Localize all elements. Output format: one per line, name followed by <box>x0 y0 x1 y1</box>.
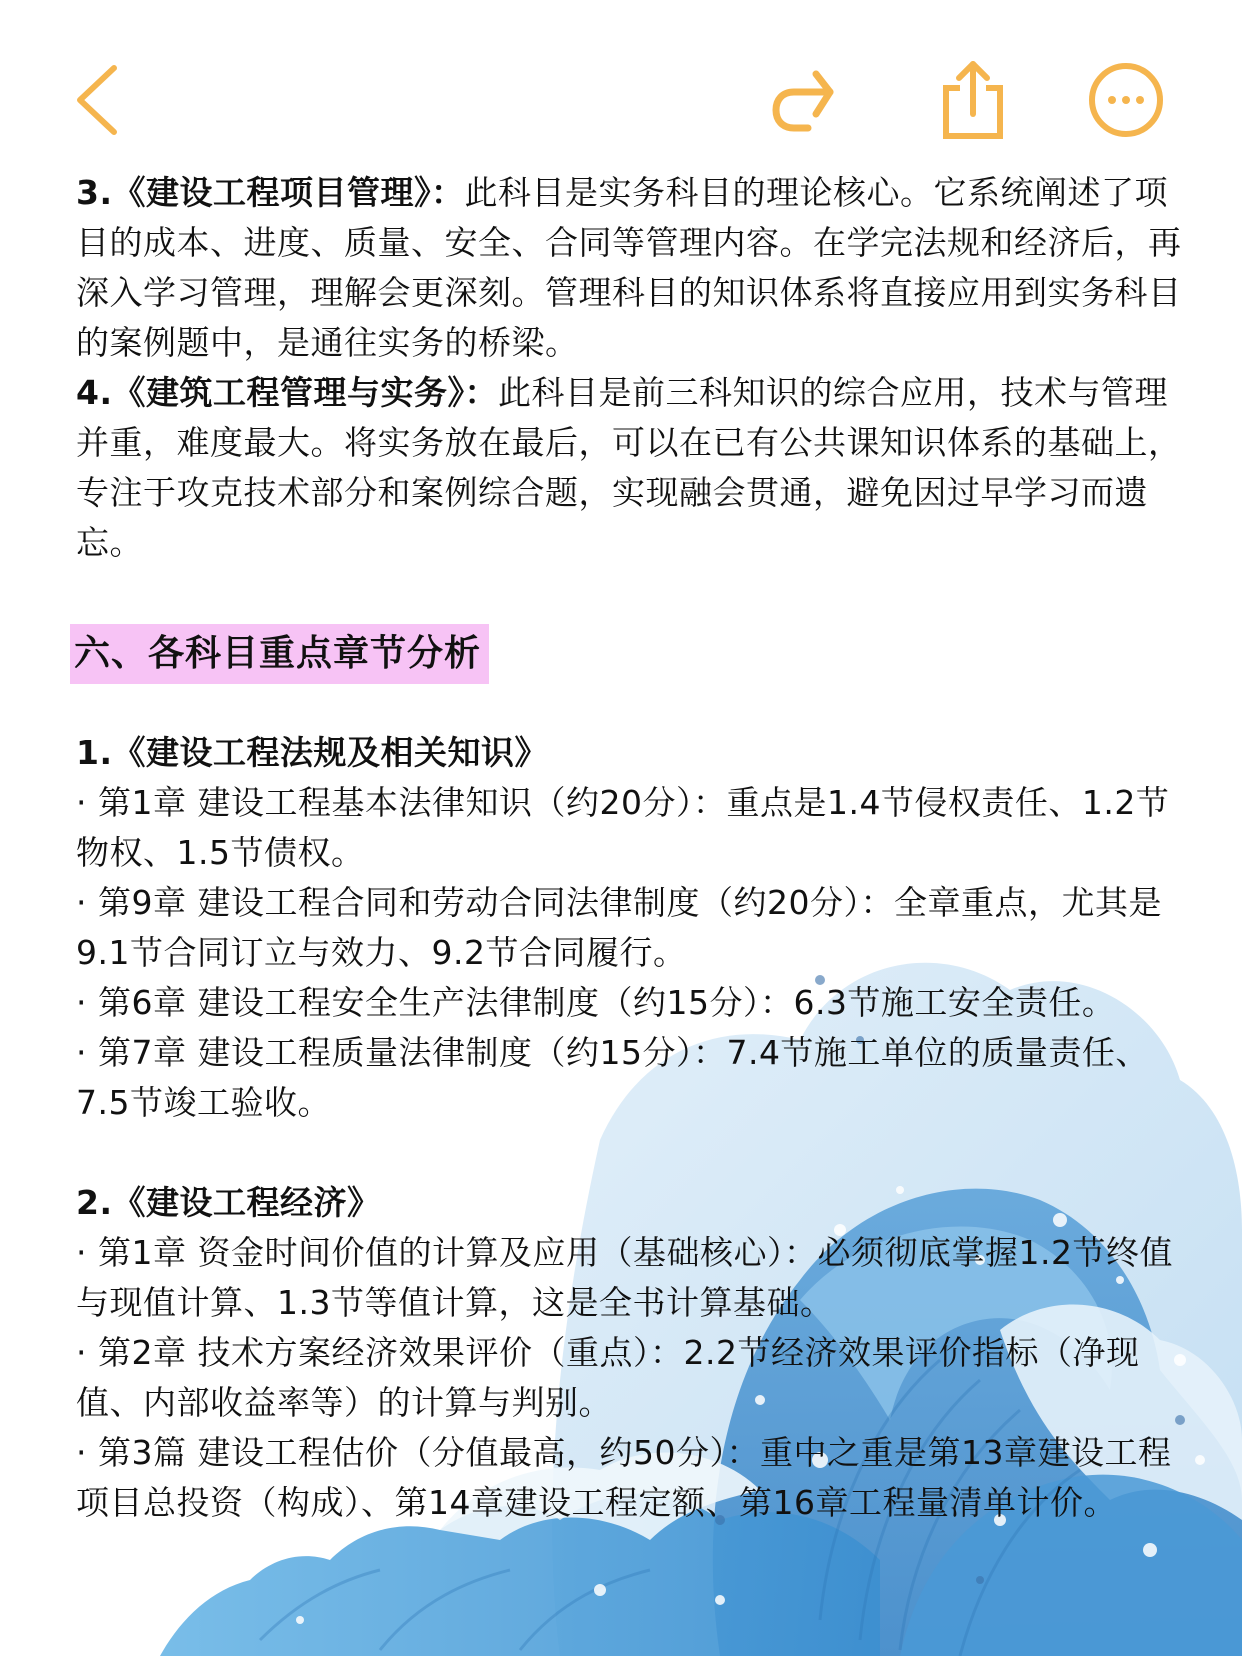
back-button[interactable] <box>68 62 124 138</box>
chapter-bullet: · 第1章 资金时间价值的计算及应用（基础核心）：必须彻底掌握1.2节终值与现值… <box>76 1228 1196 1328</box>
section-heading: 六、各科目重点章节分析 <box>70 624 489 684</box>
forward-button[interactable] <box>768 62 838 138</box>
intro-item-4: 4.《建筑工程管理与实务》：此科目是前三科知识的综合应用，技术与管理并重，难度最… <box>76 368 1196 568</box>
share-button[interactable] <box>938 58 1008 142</box>
article-body: 3.《建设工程项目管理》：此科目是实务科目的理论核心。它系统阐述了项目的成本、进… <box>76 168 1196 1528</box>
subject-title-law: 1.《建设工程法规及相关知识》 <box>76 728 1196 778</box>
more-circle-icon <box>1086 60 1166 140</box>
chapter-bullet: · 第2章 技术方案经济效果评价（重点）：2.2节经济效果评价指标（净现值、内部… <box>76 1328 1196 1428</box>
subject-lead: 4.《建筑工程管理与实务》： <box>76 373 498 412</box>
chapter-bullet: · 第9章 建设工程合同和劳动合同法律制度（约20分）：全章重点，尤其是9.1节… <box>76 878 1196 978</box>
redo-arrow-icon <box>768 62 838 138</box>
chapter-bullet: · 第6章 建设工程安全生产法律制度（约15分）：6.3节施工安全责任。 <box>76 978 1196 1028</box>
more-options-button[interactable] <box>1086 60 1166 140</box>
chapter-bullet: · 第1章 建设工程基本法律知识（约20分）：重点是1.4节侵权责任、1.2节物… <box>76 778 1196 878</box>
chapter-bullet: · 第7章 建设工程质量法律制度（约15分）：7.4节施工单位的质量责任、7.5… <box>76 1028 1196 1128</box>
top-toolbar <box>0 0 1242 160</box>
subject-lead: 3.《建设工程项目管理》： <box>76 173 465 212</box>
section-heading-container: 六、各科目重点章节分析 <box>76 624 1196 684</box>
chevron-left-icon <box>68 62 124 138</box>
chapter-bullet: · 第3篇 建设工程估价（分值最高，约50分）：重中之重是第13章建设工程项目总… <box>76 1428 1196 1528</box>
intro-item-3: 3.《建设工程项目管理》：此科目是实务科目的理论核心。它系统阐述了项目的成本、进… <box>76 168 1196 368</box>
share-upload-icon <box>938 58 1008 142</box>
subject-title-economy: 2.《建设工程经济》 <box>76 1178 1196 1228</box>
spacer <box>76 1128 1196 1178</box>
